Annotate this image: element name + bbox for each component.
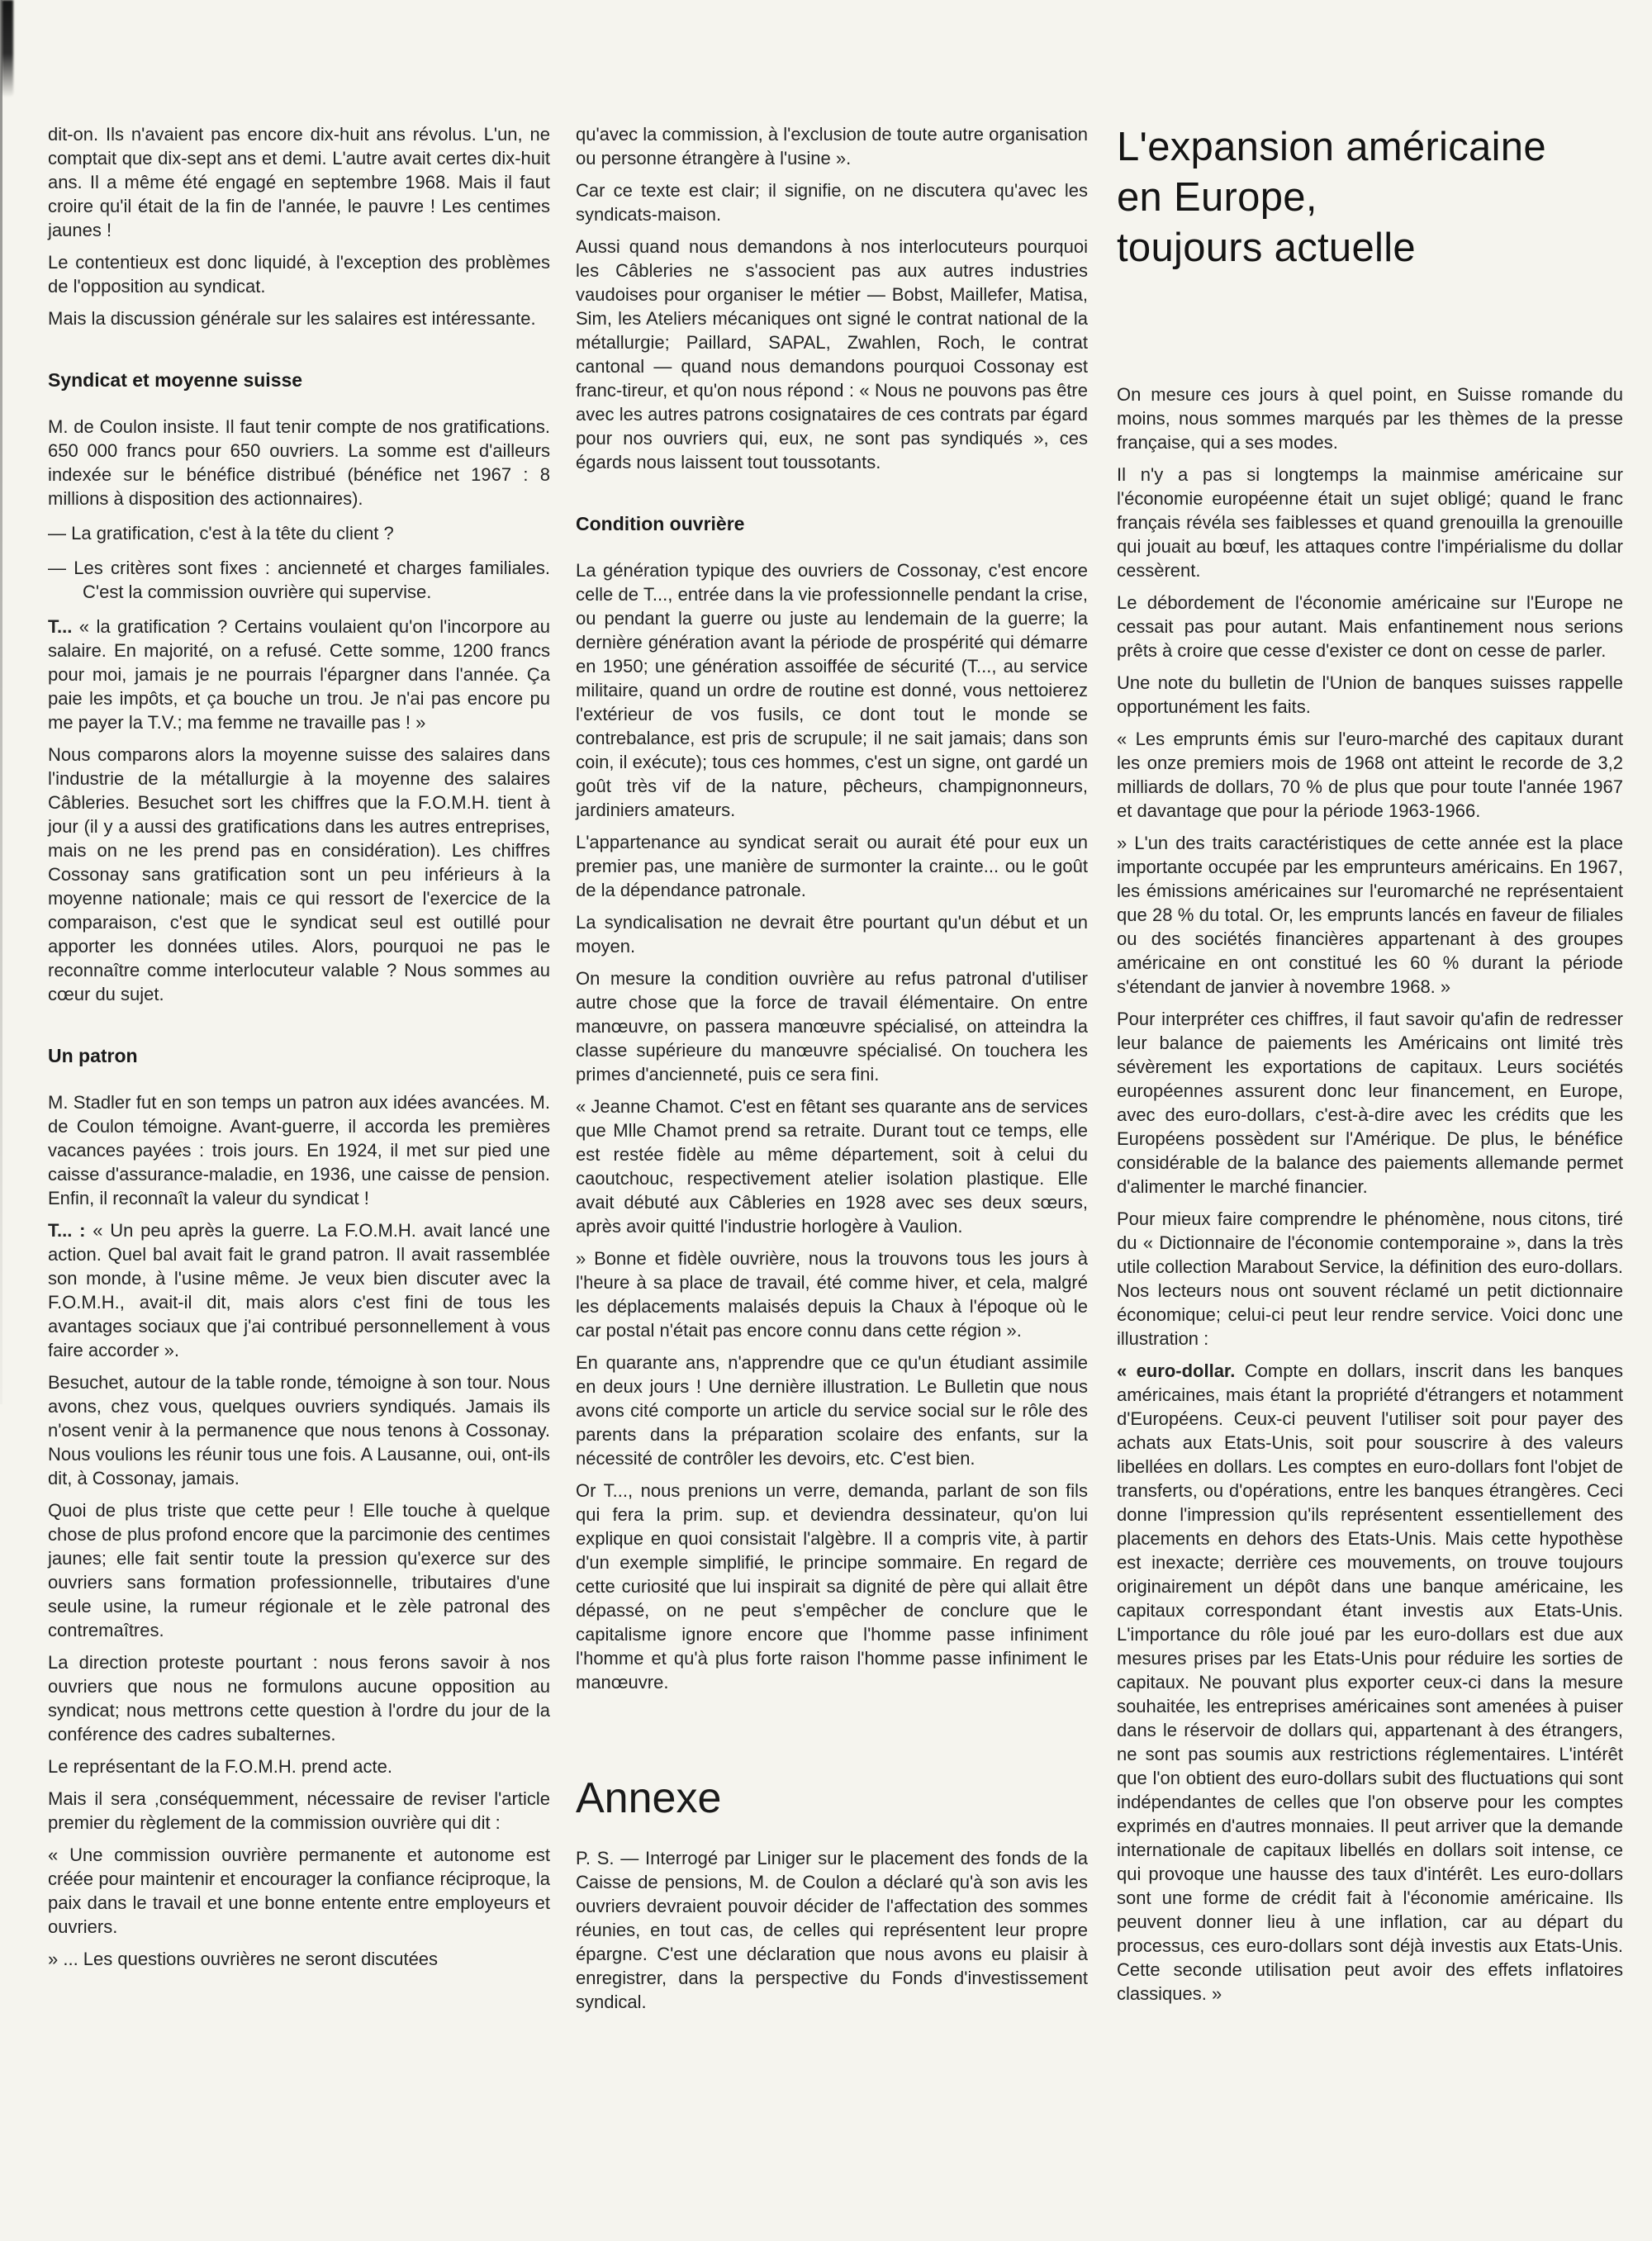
paragraph: M. Stadler fut en son temps un patron au… (48, 1090, 550, 1210)
column-middle: qu'avec la commission, à l'exclusion de … (576, 122, 1088, 2022)
scan-edge-artifact (2, 0, 13, 97)
paragraph: « euro-dollar. Compte en dollars, inscri… (1117, 1359, 1623, 2006)
paragraph: Une note du bulletin de l'Union de banqu… (1117, 671, 1623, 719)
speaker-label: T... (48, 616, 72, 637)
headline-line: en Europe, (1117, 173, 1623, 223)
column-left: dit-on. Ils n'avaient pas encore dix-hui… (48, 122, 550, 2022)
paragraph: P. S. — Interrogé par Liniger sur le pla… (576, 1846, 1088, 2014)
dash-item: — Les critères sont fixes : ancienneté e… (48, 556, 550, 604)
paragraph: La direction proteste pourtant : nous fe… (48, 1650, 550, 1746)
paragraph: Mais la discussion générale sur les sala… (48, 306, 550, 330)
paragraph: M. de Coulon insiste. Il faut tenir comp… (48, 415, 550, 510)
paragraph: Pour mieux faire comprendre le phénomène… (1117, 1207, 1623, 1351)
paragraph: T... : « Un peu après la guerre. La F.O.… (48, 1218, 550, 1362)
paragraph: On mesure ces jours à quel point, en Sui… (1117, 382, 1623, 454)
headline-line: L'expansion américaine (1117, 122, 1623, 173)
paragraph: La génération typique des ouvriers de Co… (576, 558, 1088, 822)
newspaper-page: dit-on. Ils n'avaient pas encore dix-hui… (0, 0, 1652, 2241)
paragraph: Car ce texte est clair; il signifie, on … (576, 178, 1088, 226)
section-heading-syndicat: Syndicat et moyenne suisse (48, 368, 550, 392)
definition-term: « euro-dollar. (1117, 1360, 1235, 1381)
paragraph: Le débordement de l'économie américaine … (1117, 591, 1623, 662)
paragraph: Pour interpréter ces chiffres, il faut s… (1117, 1007, 1623, 1199)
speaker-label: T... : (48, 1220, 85, 1241)
section-heading-condition: Condition ouvrière (576, 512, 1088, 536)
section-heading-patron: Un patron (48, 1044, 550, 1068)
paragraph: » L'un des traits caractéristiques de ce… (1117, 831, 1623, 999)
paragraph: Aussi quand nous demandons à nos interlo… (576, 235, 1088, 474)
section-heading-annexe: Annexe (576, 1775, 1088, 1821)
paragraph: qu'avec la commission, à l'exclusion de … (576, 122, 1088, 170)
paragraph: L'appartenance au syndicat serait ou aur… (576, 830, 1088, 902)
scan-edge-line (0, 0, 2, 1404)
column-right: L'expansion américaine en Europe, toujou… (1117, 122, 1623, 2022)
paragraph: Quoi de plus triste que cette peur ! Ell… (48, 1498, 550, 1642)
paragraph: Le représentant de la F.O.M.H. prend act… (48, 1754, 550, 1778)
definition-text: Compte en dollars, inscrit dans les banq… (1117, 1360, 1623, 2004)
paragraph: « Les emprunts émis sur l'euro-marché de… (1117, 727, 1623, 823)
paragraph: dit-on. Ils n'avaient pas encore dix-hui… (48, 122, 550, 242)
paragraph: En quarante ans, n'apprendre que ce qu'u… (576, 1351, 1088, 1470)
paragraph: Besuchet, autour de la table ronde, témo… (48, 1370, 550, 1490)
paragraph: Mais il sera ,conséquemment, nécessaire … (48, 1787, 550, 1835)
article-headline: L'expansion américaine en Europe, toujou… (1117, 122, 1623, 273)
paragraph: « Jeanne Chamot. C'est en fêtant ses qua… (576, 1094, 1088, 1238)
article-columns: dit-on. Ils n'avaient pas encore dix-hui… (48, 122, 1623, 2022)
paragraph: T... « la gratification ? Certains voula… (48, 615, 550, 734)
paragraph: La syndicalisation ne devrait être pourt… (576, 910, 1088, 958)
paragraph: Or T..., nous prenions un verre, demanda… (576, 1479, 1088, 1694)
paragraph: » ... Les questions ouvrières ne seront … (48, 1947, 550, 1971)
paragraph: On mesure la condition ouvrière au refus… (576, 966, 1088, 1086)
paragraph: Il n'y a pas si longtemps la mainmise am… (1117, 463, 1623, 582)
dash-item: — La gratification, c'est à la tête du c… (48, 521, 550, 545)
paragraph: » Bonne et fidèle ouvrière, nous la trou… (576, 1246, 1088, 1342)
quote-text: « la gratification ? Certains voulaient … (48, 616, 550, 733)
paragraph: Le contentieux est donc liquidé, à l'exc… (48, 250, 550, 298)
headline-line: toujours actuelle (1117, 223, 1623, 273)
paragraph: « Une commission ouvrière permanente et … (48, 1843, 550, 1939)
paragraph: Nous comparons alors la moyenne suisse d… (48, 743, 550, 1006)
quote-text: « Un peu après la guerre. La F.O.M.H. av… (48, 1220, 550, 1360)
